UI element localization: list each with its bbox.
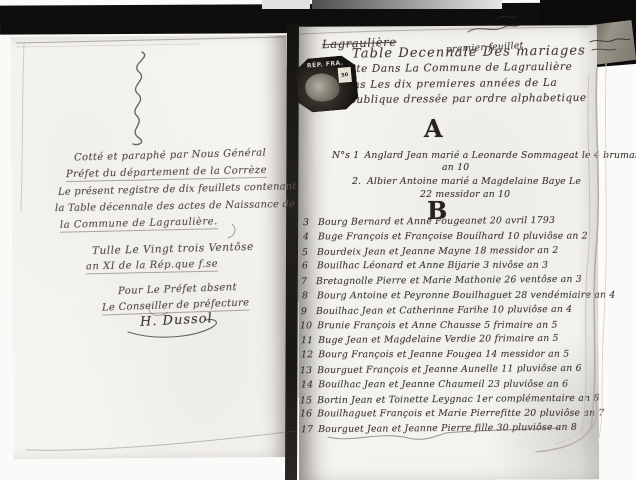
title-line: République dressée par ordre alphabetiqu… <box>334 92 587 106</box>
entry-text: an 10 <box>442 162 469 173</box>
entry-text: Bouilhac Jean et Catherinne Farihe 10 pl… <box>316 304 572 317</box>
entry-number: 16 <box>300 409 312 420</box>
entry-number: 3 <box>303 217 313 228</box>
entry-text: Brunie François et Anne Chausse 5 frimai… <box>317 319 557 331</box>
table-row: 5Bourdeix Jean et Jeanne Mayne 18 messid… <box>302 244 559 257</box>
scan-top-notch <box>262 0 310 9</box>
title-line: Dans Les dix premieres années de La <box>337 77 557 91</box>
scan-top-gradient <box>312 0 502 9</box>
entry-number: 9 <box>301 306 311 317</box>
entry-text: Bouilhaguet François et Marie Pierrefitt… <box>317 408 604 420</box>
entry-number: 15 <box>300 395 312 406</box>
torn-edge-inner <box>598 64 606 442</box>
entry-number: 6 <box>302 261 312 272</box>
entry-number: 11 <box>301 335 313 346</box>
entry-number: 8 <box>302 290 312 301</box>
entry-number: 13 <box>300 365 312 376</box>
entry-number: 5 <box>302 247 312 258</box>
entry-number: N°s 1 <box>332 150 359 161</box>
entry-text: Anglard Jean marié a Leonarde Sommageat … <box>364 150 636 161</box>
table-row: 14Bouilhac Jean et Jeanne Chaumeil 23 pl… <box>301 378 568 390</box>
table-row: 12Bourg François et Jeanne Fougea 14 mes… <box>301 349 569 361</box>
entry-text: Albier Antoine marié a Magdelaine Baye L… <box>367 176 581 187</box>
entry-text: Buge François et Françoise Bouilhard 10 … <box>318 230 588 242</box>
table-row-continuation: an 10 <box>442 162 469 173</box>
entry-text: Bourg François et Jeanne Fougea 14 messi… <box>318 349 569 361</box>
table-row: N°s 1Anglard Jean marié a Leonarde Somma… <box>332 150 636 161</box>
revenue-stamp: RÉP. FRA. 50 <box>295 54 359 113</box>
entry-number: 14 <box>301 379 313 390</box>
entry-number: 2. <box>352 176 362 187</box>
entry-text: Bourguet François et Jeanne Aunelle 11 p… <box>317 363 582 376</box>
entry-number: 10 <box>300 320 312 331</box>
table-row: 10Brunie François et Anne Chausse 5 frim… <box>300 319 558 331</box>
scanned-register-spread: Cotté et paraphé par Nous Général Préfet… <box>0 0 636 480</box>
entry-text: Bouilhac Léonard et Anne Bijarie 3 nivôs… <box>317 260 548 272</box>
dateline: an XI de la Rép.que f.se <box>86 259 218 275</box>
table-row: 8Bourg Antoine et Peyronne Bouilhaguet 2… <box>302 290 616 302</box>
table-row: 4Buge François et Françoise Bouilhard 10… <box>303 230 588 242</box>
entry-text: Bouilhac Jean et Jeanne Chaumeil 23 pluv… <box>318 378 568 390</box>
entry-number: 12 <box>301 350 313 361</box>
entry-text: Bourdeix Jean et Jeanne Mayne 18 messido… <box>317 244 559 257</box>
title-line: faite Dans La Commune de Lagraulière <box>341 61 573 75</box>
table-row: 15Bortin Jean et Toinette Leygnac 1er co… <box>300 392 600 406</box>
entry-number: 7 <box>301 276 311 287</box>
table-row: 2.Albier Antoine marié a Magdelaine Baye… <box>352 176 581 187</box>
table-row: 3Bourg Bernard et Anne Fougeanet 20 avri… <box>303 215 555 228</box>
stamp-value: 50 <box>338 67 352 83</box>
entry-text: Bourg Bernard et Anne Fougeanet 20 avril… <box>318 215 555 228</box>
section-letter-a: A <box>424 114 443 143</box>
entry-text: Bortin Jean et Toinette Leygnac 1er comp… <box>317 392 599 405</box>
table-row: 6Bouilhac Léonard et Anne Bijarie 3 nivô… <box>302 260 548 272</box>
entry-text: Bourg Antoine et Peyronne Bouilhaguet 28… <box>317 290 616 302</box>
entry-number: 17 <box>301 424 313 435</box>
table-row: 9Bouilhac Jean et Catherinne Farihe 10 p… <box>301 304 572 317</box>
book-spine-gutter <box>285 24 299 480</box>
entry-number: 4 <box>303 231 313 242</box>
stamp-allegory-figure-icon <box>304 72 340 103</box>
table-row: 16Bouilhaguet François et Marie Pierrefi… <box>300 408 605 420</box>
